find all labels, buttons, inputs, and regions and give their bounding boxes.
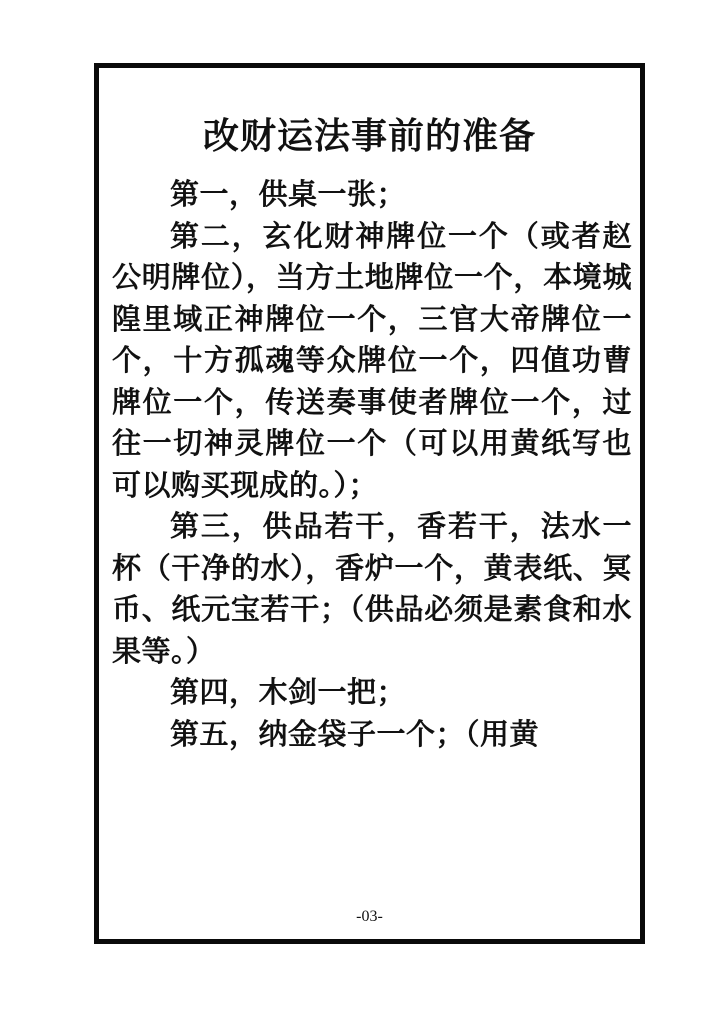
paragraph-item-5: 第五，纳金袋子一个；（用黄 [112,714,632,756]
paragraph-item-1: 第一，供桌一张； [112,174,632,216]
page-title: 改财运法事前的准备 [99,114,640,158]
paragraph-item-4: 第四，木剑一把； [112,672,632,714]
paragraph-item-2: 第二，玄化财神牌位一个（或者赵公明牌位），当方土地牌位一个，本境城隍里域正神牌位… [112,216,632,507]
paragraph-item-3: 第三，供品若干，香若干，法水一杯（干净的水），香炉一个，黄表纸、冥币、纸元宝若干… [112,506,632,672]
page-number: -03- [99,908,640,926]
body-text: 第一，供桌一张； 第二，玄化财神牌位一个（或者赵公明牌位），当方土地牌位一个，本… [112,174,632,755]
page-border-frame: 改财运法事前的准备 第一，供桌一张； 第二，玄化财神牌位一个（或者赵公明牌位），… [94,63,645,944]
